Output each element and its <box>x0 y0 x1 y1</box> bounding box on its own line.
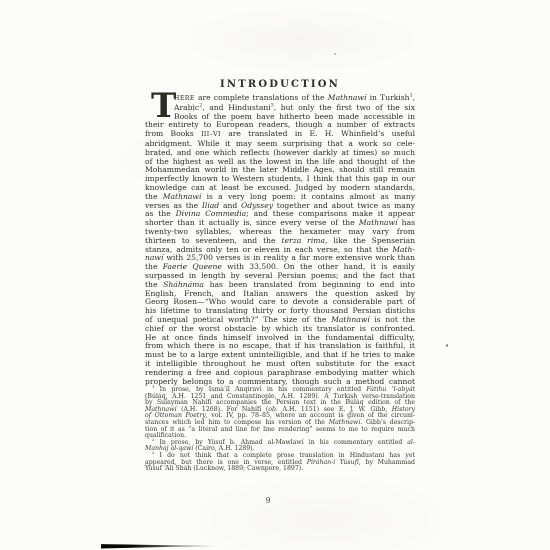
footnotes-block: 1 In prose, by Ismá‘íl Anqiraví in his c… <box>145 387 415 473</box>
scan-speck <box>334 53 336 55</box>
body-text: T HERE are complete translations of the … <box>145 94 415 386</box>
page-number: 9 <box>0 496 536 505</box>
scan-speck <box>446 344 448 347</box>
scan-shadow-artifact <box>101 543 241 549</box>
footnote-line: Yúsuf ‘Alí Sháh (Lucknow, 1889; Cawnpore… <box>145 466 415 473</box>
body-line: properly belongs to a commentary, though… <box>145 378 415 387</box>
scanned-book-page: INTRODUCTION T HERE are complete transla… <box>0 0 550 550</box>
drop-cap: T <box>145 94 174 120</box>
page-title: INTRODUCTION <box>145 79 415 90</box>
